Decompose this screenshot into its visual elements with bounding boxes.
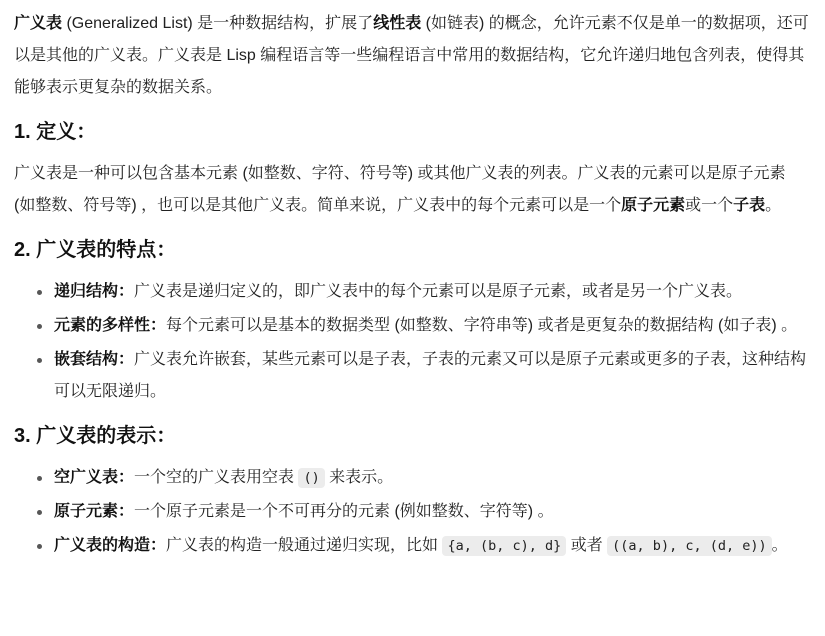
text-run: 一个原子元素是一个不可再分的元素 (例如整数、字符等) 。 — [134, 503, 554, 520]
bold-term: 线性表 — [373, 15, 421, 32]
text-run: 或者 — [566, 537, 607, 554]
document-page: 广义表 (Generalized List) 是一种数据结构，扩展了线性表 (如… — [0, 0, 825, 636]
bullet-dot-icon — [37, 544, 42, 549]
bullet-item: 嵌套结构：广义表允许嵌套，某些元素可以是子表，子表的元素又可以是原子元素或更多的… — [54, 344, 811, 408]
bullet-dot-icon — [37, 324, 42, 329]
text-run: 或一个 — [685, 197, 733, 214]
bullet-item: 原子元素：一个原子元素是一个不可再分的元素 (例如整数、字符等) 。 — [54, 496, 811, 528]
bullet-dot-icon — [37, 510, 42, 515]
section-heading-characteristics: 2. 广义表的特点： — [14, 236, 811, 264]
bold-term: 广义表 — [14, 15, 62, 32]
section-heading-definition: 1. 定义： — [14, 118, 811, 146]
bullet-item: 递归结构：广义表是递归定义的，即广义表中的每个元素可以是原子元素，或者是另一个广… — [54, 276, 811, 308]
bold-term: 子表 — [733, 197, 765, 214]
bullet-label: 递归结构： — [54, 283, 134, 300]
text-run: 广义表是递归定义的，即广义表中的每个元素可以是原子元素，或者是另一个广义表。 — [134, 283, 742, 300]
bullet-item: 元素的多样性：每个元素可以是基本的数据类型 (如整数、字符串等) 或者是更复杂的… — [54, 310, 811, 342]
bullet-dot-icon — [37, 476, 42, 481]
text-run: 广义表允许嵌套，某些元素可以是子表，子表的元素又可以是原子元素或更多的子表，这种… — [54, 351, 806, 400]
characteristics-list: 递归结构：广义表是递归定义的，即广义表中的每个元素可以是原子元素，或者是另一个广… — [14, 276, 811, 408]
inline-code: ((a, b), c, (d, e)) — [607, 536, 771, 556]
bullet-label: 嵌套结构： — [54, 351, 134, 368]
text-run: 来表示。 — [325, 469, 393, 486]
section-heading-representation: 3. 广义表的表示： — [14, 422, 811, 450]
bullet-dot-icon — [37, 290, 42, 295]
definition-paragraph: 广义表是一种可以包含基本元素 (如整数、字符、符号等) 或其他广义表的列表。广义… — [14, 158, 811, 222]
bullet-label: 广义表的构造： — [54, 537, 166, 554]
bullet-label: 原子元素： — [54, 503, 134, 520]
bullet-item: 广义表的构造：广义表的构造一般通过递归实现，比如 {a, (b, c), d} … — [54, 530, 811, 562]
bullet-item: 空广义表：一个空的广义表用空表 () 来表示。 — [54, 462, 811, 494]
representation-list: 空广义表：一个空的广义表用空表 () 来表示。 原子元素：一个原子元素是一个不可… — [14, 462, 811, 562]
bold-term: 原子元素 — [621, 197, 685, 214]
text-run: 每个元素可以是基本的数据类型 (如整数、字符串等) 或者是更复杂的数据结构 (如… — [166, 317, 797, 334]
text-run: 。 — [765, 197, 781, 214]
text-run: 一个空的广义表用空表 — [134, 469, 298, 486]
bullet-label: 空广义表： — [54, 469, 134, 486]
inline-code: {a, (b, c), d} — [442, 536, 566, 556]
inline-code: () — [298, 468, 324, 488]
intro-paragraph: 广义表 (Generalized List) 是一种数据结构，扩展了线性表 (如… — [14, 8, 811, 104]
bullet-label: 元素的多样性： — [54, 317, 166, 334]
text-run: (Generalized List) 是一种数据结构，扩展了 — [62, 15, 373, 32]
bullet-dot-icon — [37, 358, 42, 363]
text-run: 。 — [772, 537, 788, 554]
text-run: 广义表的构造一般通过递归实现，比如 — [166, 537, 442, 554]
